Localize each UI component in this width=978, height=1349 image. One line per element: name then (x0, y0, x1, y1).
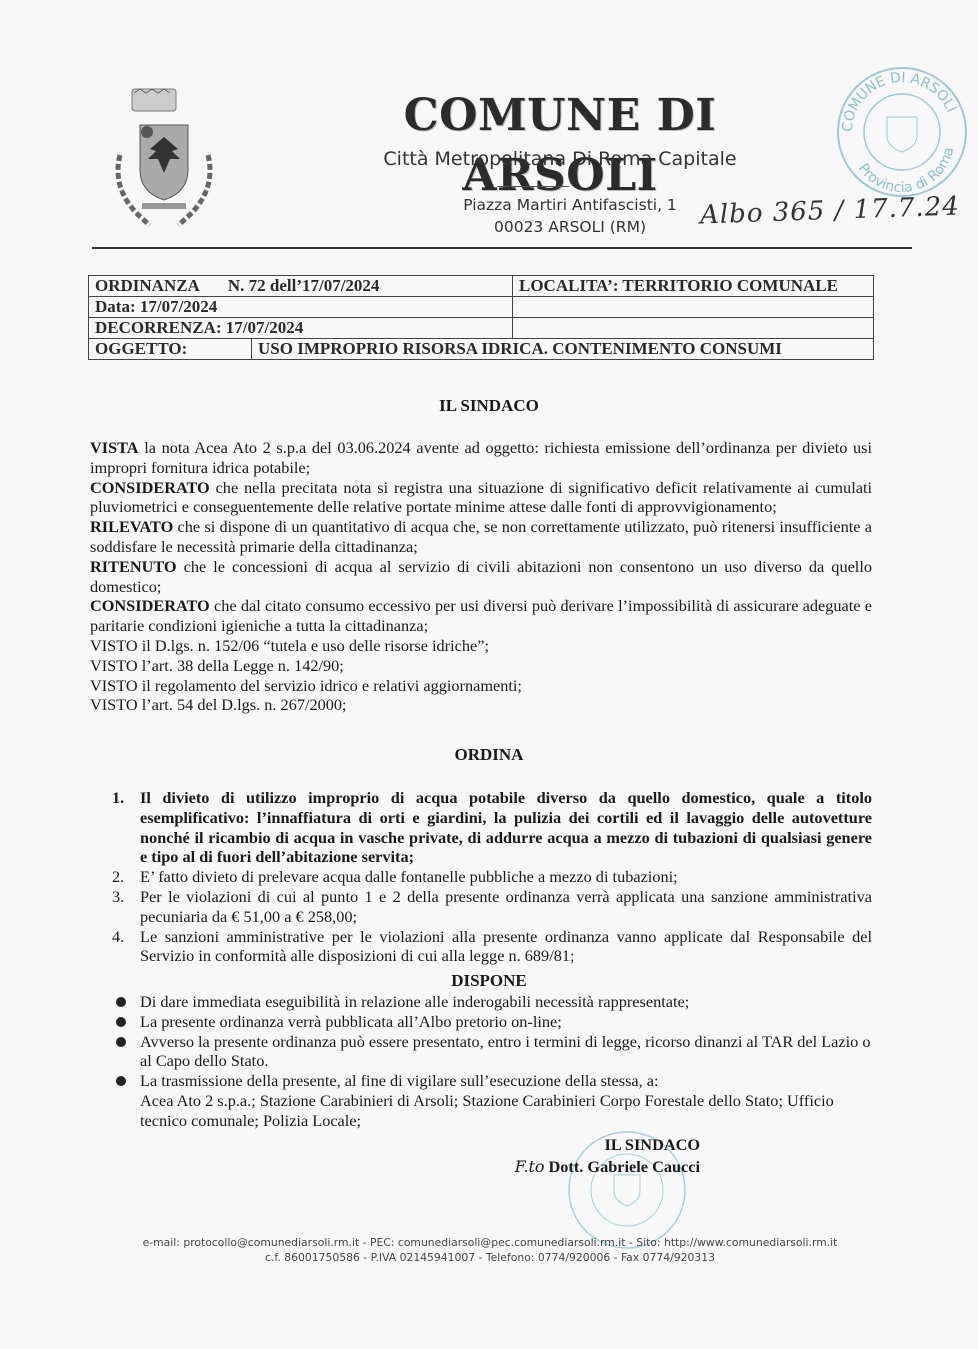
empty-cell (513, 318, 874, 339)
dispone-item: Di dare immediata eseguibilità in relazi… (112, 992, 872, 1012)
item-text: Il divieto di utilizzo improprio di acqu… (140, 788, 872, 867)
premise-lead: VISTA (90, 438, 139, 457)
decorrenza-cell: DECORRENZA: 17/07/2024 (89, 318, 513, 339)
footer-fiscal: c.f. 86001750586 - P.IVA 02145941007 - T… (60, 1250, 920, 1265)
premise-item: RITENUTO che le concessioni di acqua al … (90, 557, 872, 597)
address-line2: 00023 ARSOLI (RM) (400, 216, 740, 238)
svg-text:COMUNE DI ARSOLI: COMUNE DI ARSOLI (840, 70, 959, 133)
premise-lead: CONSIDERATO (90, 596, 210, 615)
item-text: Di dare immediata eseguibilità in relazi… (140, 992, 872, 1012)
ordina-item: 1.Il divieto di utilizzo improprio di ac… (112, 788, 872, 867)
signature-block: IL SINDACO F.toDott. Gabriele Caucci (470, 1134, 700, 1178)
sindaco-heading: IL SINDACO (0, 396, 978, 416)
localita-cell: LOCALITA’: TERRITORIO COMUNALE (513, 276, 874, 297)
item-text: La trasmissione della presente, al fine … (140, 1071, 872, 1130)
premise-text: che le concessioni di acqua al servizio … (90, 557, 872, 596)
bullet-icon (112, 992, 140, 1012)
empty-cell (513, 297, 874, 318)
bullet-icon (112, 1032, 140, 1072)
signature-name-line: F.toDott. Gabriele Caucci (470, 1156, 700, 1178)
dispone-item: La trasmissione della presente, al fine … (112, 1071, 872, 1130)
municipality-subtitle: Città Metropolitana Di Roma Capitale (300, 148, 820, 170)
premise-item: CONSIDERATO che dal citato consumo ecces… (90, 596, 872, 636)
ordinance-info-table: ORDINANZAN. 72 dell’17/07/2024 LOCALITA’… (88, 275, 874, 360)
premise-text: che si dispone di un quantitativo di acq… (90, 517, 872, 556)
ordina-list: 1.Il divieto di utilizzo improprio di ac… (112, 788, 872, 966)
premise-item: VISTO il D.lgs. n. 152/06 “tutela e uso … (90, 636, 872, 656)
premise-item: CONSIDERATO che nella precitata nota si … (90, 478, 872, 518)
item-text: Le sanzioni amministrative per le violaz… (140, 927, 872, 967)
address: Piazza Martiri Antifascisti, 1 00023 ARS… (400, 194, 740, 238)
item-number: 3. (112, 887, 140, 927)
dispone-item: Avverso la presente ordinanza può essere… (112, 1032, 872, 1072)
bullet-icon (112, 1071, 140, 1130)
premise-item: VISTO l’art. 54 del D.lgs. n. 267/2000; (90, 695, 872, 715)
data-cell: Data: 17/07/2024 (89, 297, 513, 318)
premise-item: VISTO l’art. 38 della Legge n. 142/90; (90, 656, 872, 676)
dispone-item: La presente ordinanza verrà pubblicata a… (112, 1012, 872, 1032)
divider (497, 186, 569, 187)
signature-title: IL SINDACO (470, 1134, 700, 1156)
footer: e-mail: protocollo@comunediarsoli.rm.it … (60, 1235, 920, 1265)
ordina-item: 2.E’ fatto divieto di prelevare acqua da… (112, 867, 872, 887)
premise-text: la nota Acea Ato 2 s.p.a del 03.06.2024 … (90, 438, 872, 477)
item-number: 1. (112, 788, 140, 867)
premise-text: VISTO il D.lgs. n. 152/06 “tutela e uso … (90, 636, 489, 655)
item-number: 2. (112, 867, 140, 887)
premise-lead: CONSIDERATO (90, 478, 210, 497)
premise-text: VISTO il regolamento del servizio idrico… (90, 676, 522, 695)
premise-item: RILEVATO che si dispone di un quantitati… (90, 517, 872, 557)
item-text: Per le violazioni di cui al punto 1 e 2 … (140, 887, 872, 927)
premise-item: VISTO il regolamento del servizio idrico… (90, 676, 872, 696)
official-stamp-icon: COMUNE DI ARSOLI Provincia di Roma (832, 62, 972, 202)
municipality-title: COMUNE DI ARSOLI (300, 86, 820, 206)
header-rule (92, 247, 912, 249)
dispone-list: Di dare immediata eseguibilità in relazi… (112, 992, 872, 1131)
item-text: Avverso la presente ordinanza può essere… (140, 1032, 872, 1072)
coat-of-arms-icon (100, 85, 225, 240)
item-text: La presente ordinanza verrà pubblicata a… (140, 1012, 872, 1032)
ordinance-label: ORDINANZA (95, 276, 200, 295)
address-line1: Piazza Martiri Antifascisti, 1 (400, 194, 740, 216)
dispone-heading: DISPONE (0, 971, 978, 991)
premise-text: VISTO l’art. 38 della Legge n. 142/90; (90, 656, 344, 675)
premise-lead: RILEVATO (90, 517, 173, 536)
ordina-item: 4.Le sanzioni amministrative per le viol… (112, 927, 872, 967)
ordinance-number-cell: ORDINANZAN. 72 dell’17/07/2024 (89, 276, 513, 297)
ordina-heading: ORDINA (0, 745, 978, 765)
item-number: 4. (112, 927, 140, 967)
premise-lead: RITENUTO (90, 557, 177, 576)
item-text: E’ fatto divieto di prelevare acqua dall… (140, 867, 872, 887)
signature-name: Dott. Gabriele Caucci (549, 1157, 700, 1176)
premise-item: VISTA la nota Acea Ato 2 s.p.a del 03.06… (90, 438, 872, 478)
ordinance-number: N. 72 dell’17/07/2024 (228, 276, 380, 295)
premise-text: VISTO l’art. 54 del D.lgs. n. 267/2000; (90, 695, 347, 714)
bullet-icon (112, 1012, 140, 1032)
footer-contacts: e-mail: protocollo@comunediarsoli.rm.it … (60, 1235, 920, 1250)
signature-prefix: F.to (515, 1157, 545, 1176)
premises: VISTA la nota Acea Ato 2 s.p.a del 03.06… (90, 438, 872, 715)
oggetto-value: USO IMPROPRIO RISORSA IDRICA. CONTENIMEN… (252, 339, 874, 360)
ordina-item: 3.Per le violazioni di cui al punto 1 e … (112, 887, 872, 927)
oggetto-label: OGGETTO: (89, 339, 252, 360)
